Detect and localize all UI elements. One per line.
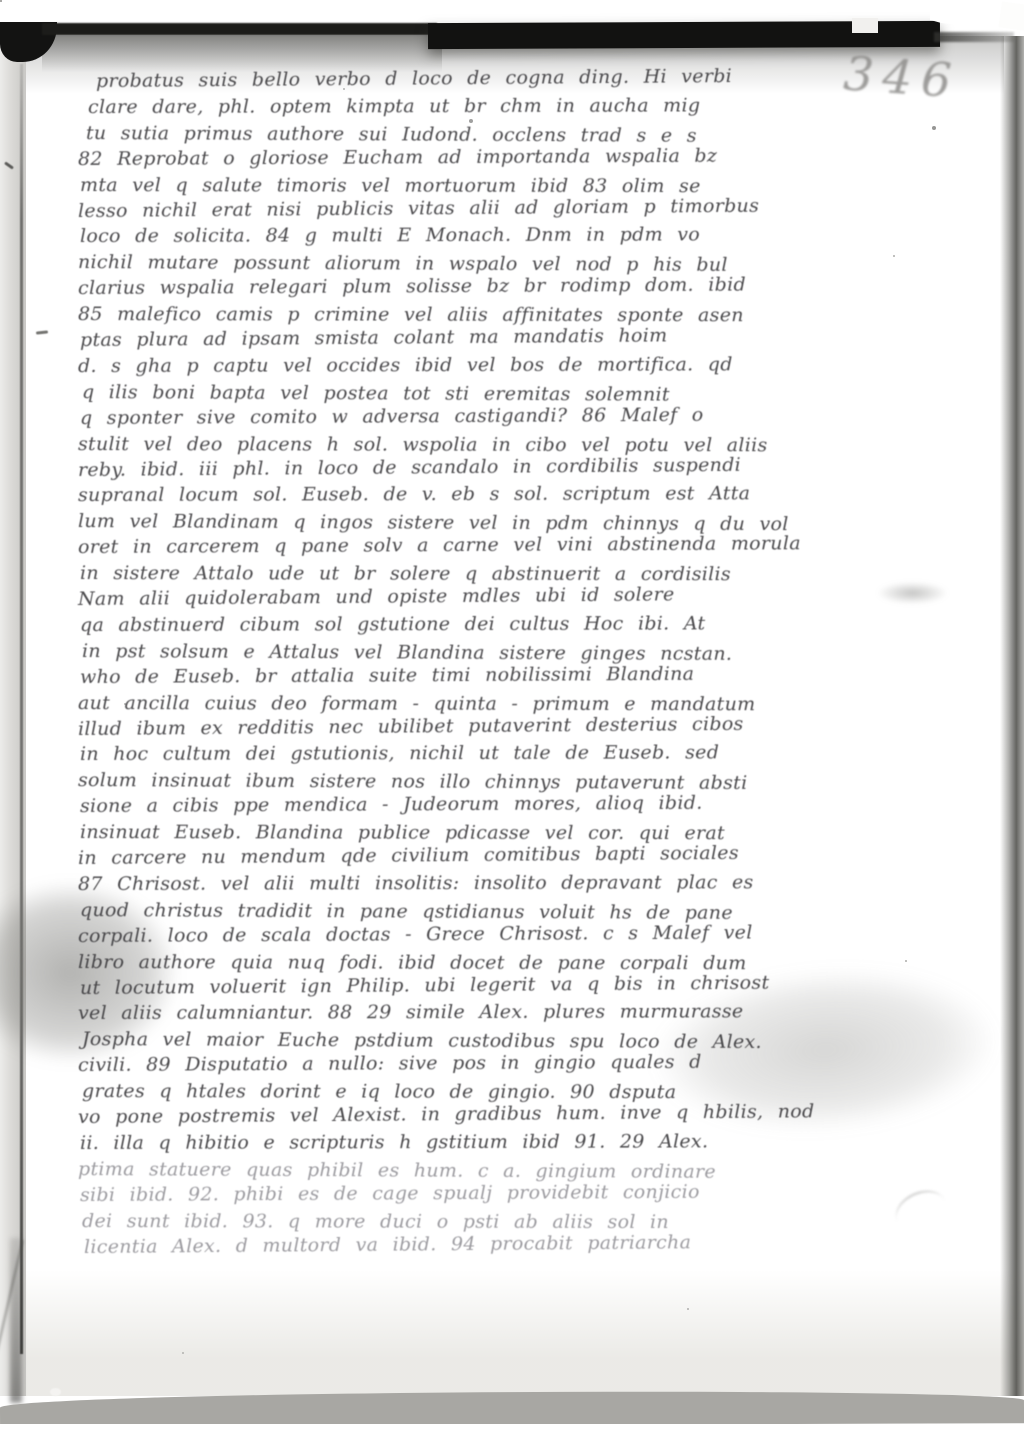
manuscript-text-block: probatus suis bello verbo d loco de cogn… <box>78 70 958 1280</box>
manuscript-line: d. s gha p captu vel occides ibid vel bo… <box>78 353 733 377</box>
manuscript-line: qa abstinuerd cibum sol gstutione dei cu… <box>80 612 706 636</box>
manuscript-line: nichil mutare possunt aliorum in wspalo … <box>78 251 728 276</box>
manuscript-line: who de Euseb. br attalia suite timi nobi… <box>80 662 694 687</box>
manuscript-line: oret in carcerem q pane solv a carne vel… <box>78 532 801 558</box>
manuscript-line: grates q htales dorint e iq loco de ging… <box>82 1080 676 1103</box>
manuscript-line: Jospha vel maior Euche pstdium custodibu… <box>82 1028 762 1053</box>
manuscript-line: clare dare, phl. optem kimpta ut br chm … <box>88 94 700 118</box>
paper-bottom-highlight <box>24 1270 1024 1396</box>
manuscript-line: corpali. loco de scala doctas - Grece Ch… <box>78 921 753 947</box>
manuscript-line: libro authore quia nuq fodi. ibid docet … <box>78 951 747 974</box>
manuscript-line: in carcere nu mendum qde civilium comiti… <box>78 842 739 869</box>
manuscript-line: quod christus tradidit in pane qstidianu… <box>80 899 733 924</box>
manuscript-line: insinuat Euseb. Blandina publice pdicass… <box>80 821 725 844</box>
manuscript-line: licentia Alex. d multord va ibid. 94 pro… <box>84 1231 691 1258</box>
manuscript-line: q ilis boni bapta vel postea tot sti ere… <box>82 381 670 406</box>
manuscript-line: ptas plura ad ipsam smista colant ma man… <box>80 324 668 351</box>
manuscript-line: in sistere Attalo ude ut br solere q abs… <box>80 562 731 585</box>
page-right-edge-shadow <box>1000 36 1024 1396</box>
manuscript-line: loco de solicita. 84 g multi E Monach. D… <box>80 224 700 248</box>
manuscript-line: sione a cibis ppe mendica - Judeorum mor… <box>80 792 703 817</box>
manuscript-line: 85 malefico camis p crimine vel aliis af… <box>78 303 744 326</box>
manuscript-line: vo pone postremis vel Alexist. in gradib… <box>78 1100 815 1128</box>
photo-border-top-thin <box>42 23 437 35</box>
manuscript-line: tu sutia primus authore sui Iudond. occl… <box>86 122 697 147</box>
manuscript-line: lesso nichil erat nisi publicis vitas al… <box>78 194 759 221</box>
manuscript-line: lum vel Blandinam q ingos sistere vel in… <box>78 510 789 535</box>
manuscript-line: solum insinuat ibum sistere nos illo chi… <box>78 769 748 794</box>
photo-bottom-white-margin <box>0 1424 1024 1448</box>
manuscript-line: 87 Chrisost. vel alii multi insolitis: i… <box>78 871 754 895</box>
ink-specks <box>0 0 2 2</box>
manuscript-line: reby. ibid. iii phl. in loco de scandalo… <box>78 453 741 480</box>
manuscript-line: in hoc cultum dei gstutionis, nichil ut … <box>80 742 719 766</box>
manuscript-line: q sponter sive comito w adversa castigan… <box>80 403 704 428</box>
manuscript-line: 82 Reprobat o gloriose Eucham ad importa… <box>78 144 717 169</box>
paper-fleck <box>50 1388 61 1396</box>
photo-border-notch <box>852 18 878 33</box>
manuscript-line: clarius wspalia relegari plum solisse bz… <box>78 274 746 299</box>
manuscript-line: illud ibum ex redditis nec ubilibet puta… <box>78 712 744 739</box>
manuscript-line: ii. illa q hibitio e scripturis h gstiti… <box>80 1130 708 1154</box>
manuscript-line: dei sunt ibid. 93. q more duci o psti ab… <box>82 1210 669 1233</box>
manuscript-line: in pst solsum e Attalus vel Blandina sis… <box>82 640 732 665</box>
manuscript-line: ut locutum voluerit ign Philip. ubi lege… <box>80 971 770 998</box>
manuscript-line: supranal locum sol. Euseb. de v. eb s so… <box>78 483 750 507</box>
manuscript-line: sibi ibid. 92. phibi es de cage spualj p… <box>80 1180 700 1205</box>
manuscript-line: vel aliis calumniantur. 88 29 simile Ale… <box>78 1001 744 1025</box>
manuscript-line: ptima statuere quas phibil es hum. c a. … <box>78 1158 716 1183</box>
photographed-manuscript-page: 346 probatus suis bello verbo d loco de … <box>0 0 1024 1448</box>
manuscript-line: probatus suis bello verbo d loco de cogn… <box>96 65 732 92</box>
manuscript-line: Nam alii quidolerabam und opiste mdles u… <box>78 583 675 610</box>
manuscript-line: stulit vel deo placens h sol. wspolia in… <box>78 433 768 456</box>
gutter-crease-line <box>20 64 23 1354</box>
manuscript-line: civili. 89 Disputatio a nullo: sive pos … <box>78 1051 702 1076</box>
manuscript-line: mta vel q salute timoris vel mortuorum i… <box>80 174 701 197</box>
manuscript-line: aut ancilla cuius deo formam - quinta - … <box>78 692 756 715</box>
